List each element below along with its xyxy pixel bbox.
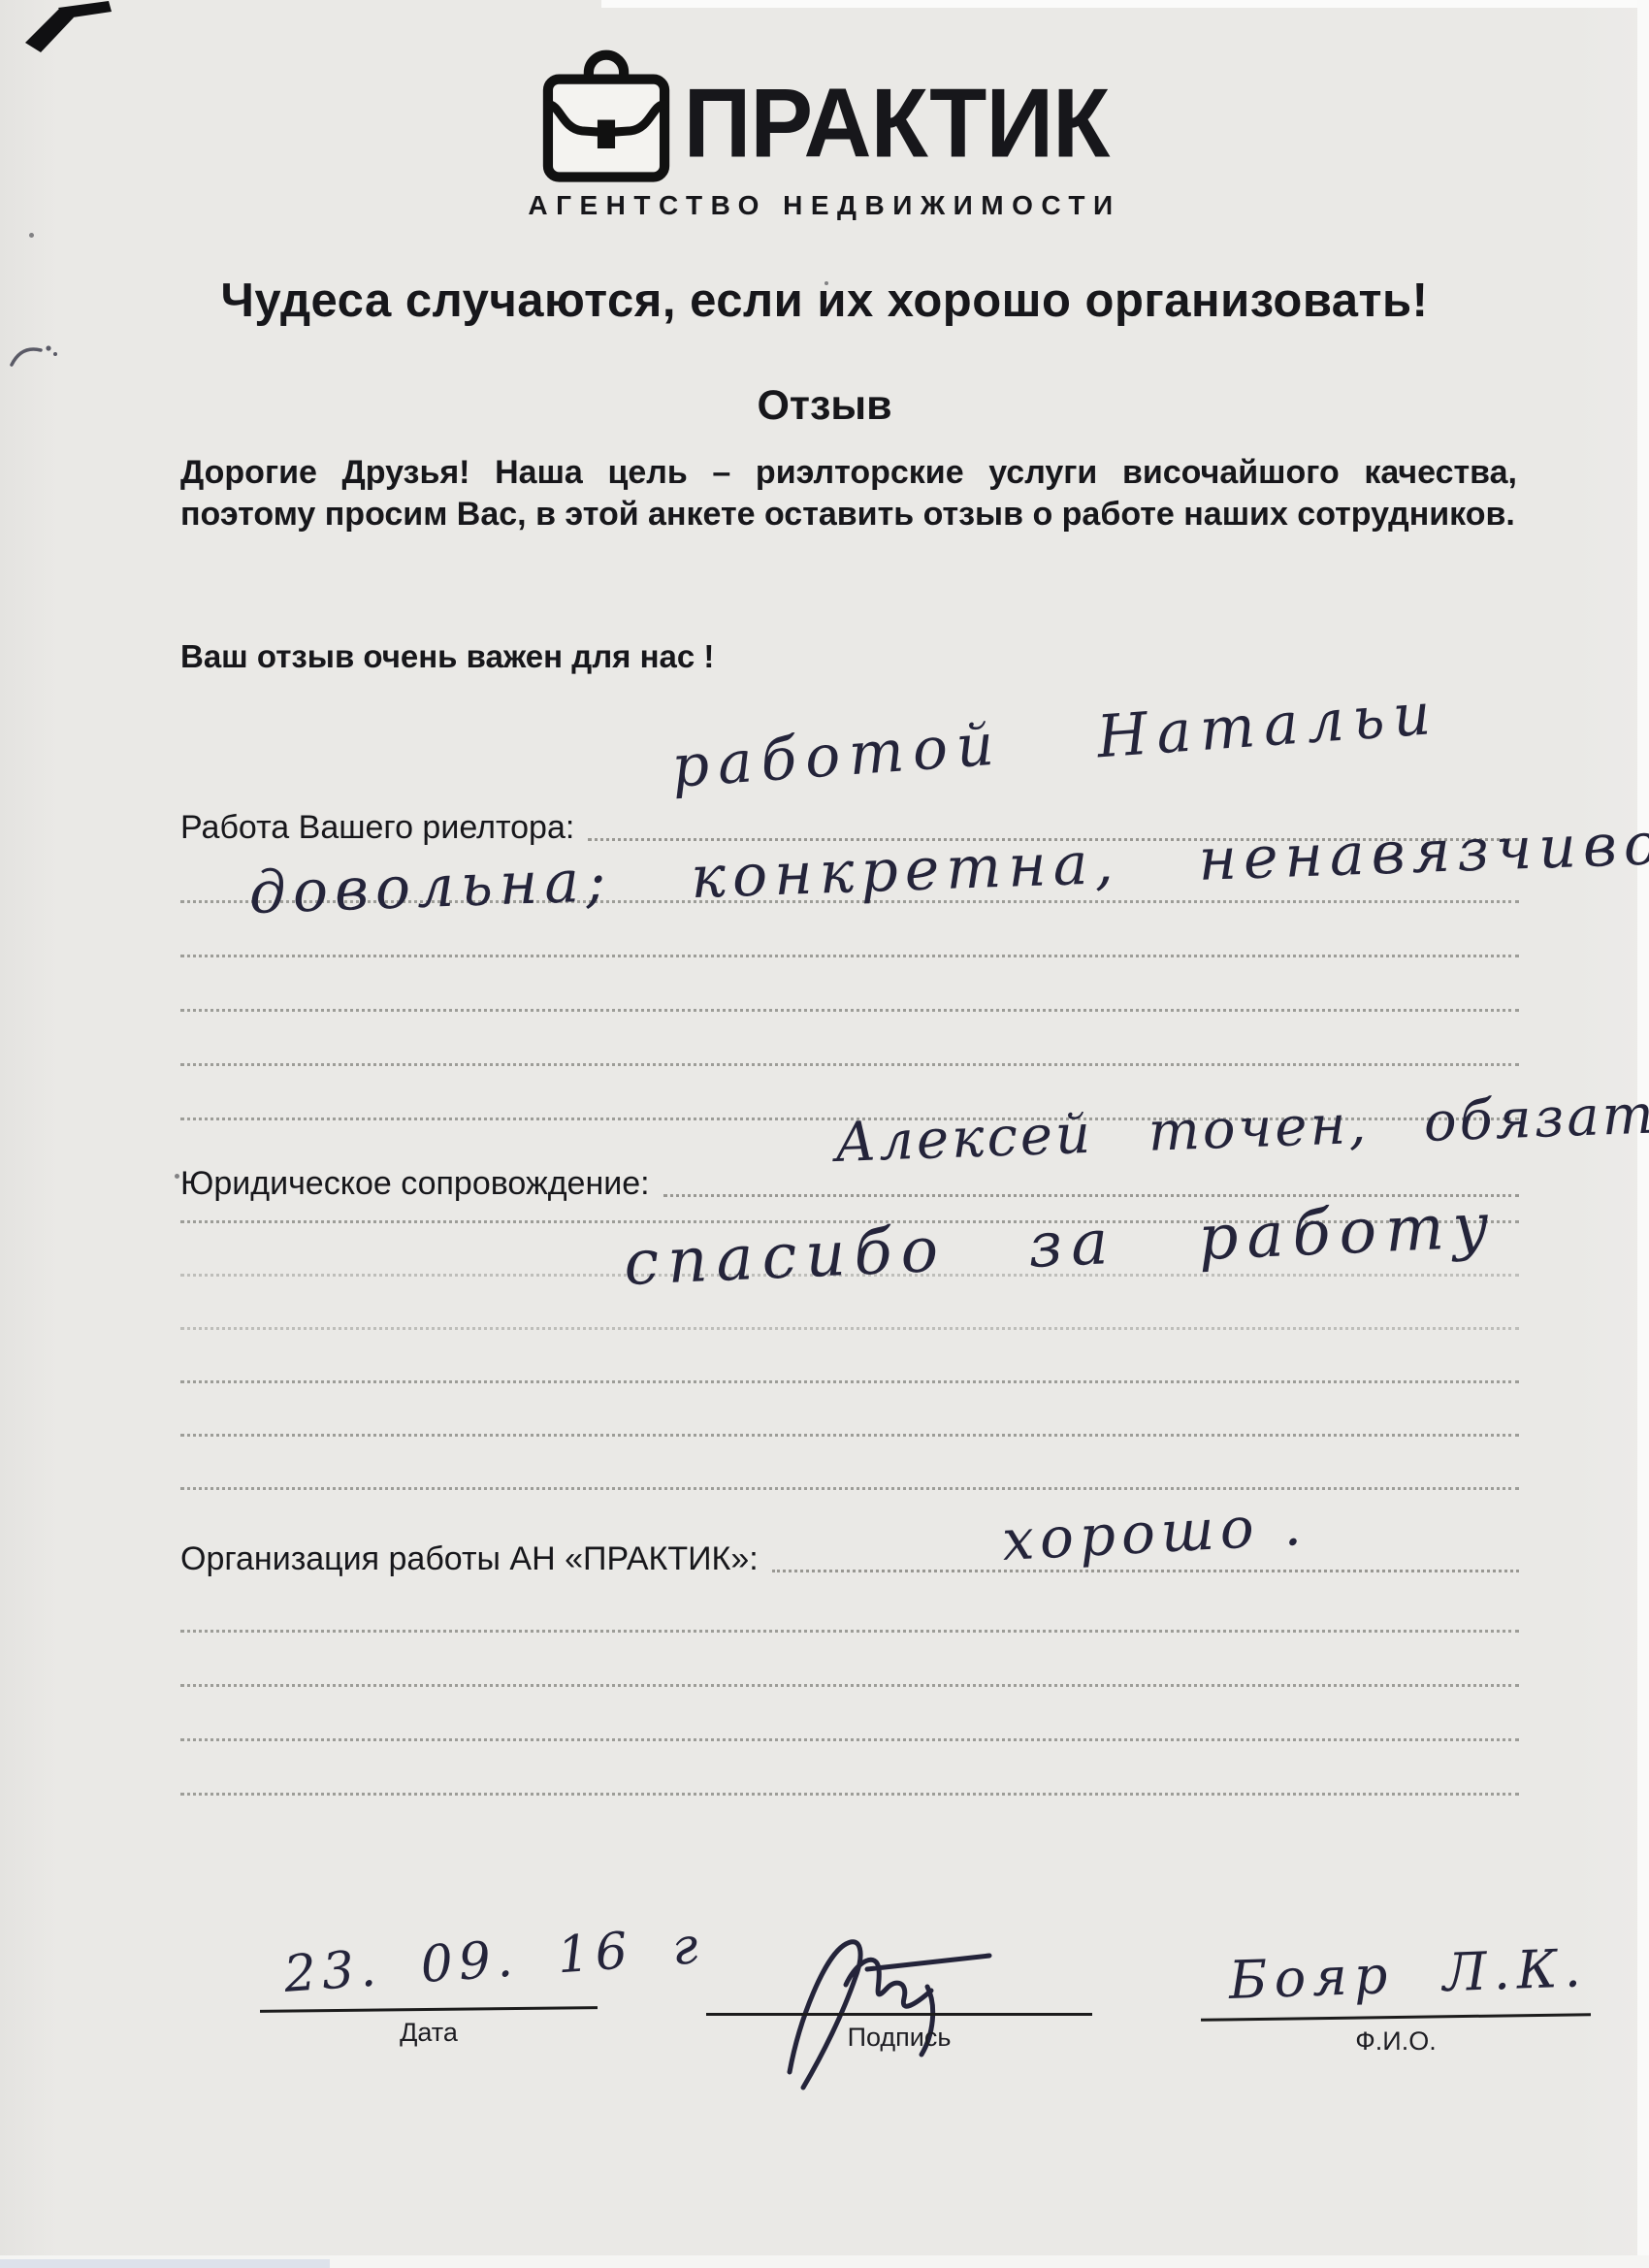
scan-speck [175,1174,179,1179]
scan-edge-top [601,0,1649,8]
scan-artifact-margin-squiggle [8,338,60,376]
dotted-write-line [180,1327,1519,1330]
field-organization-label-row: Организация работы АН «ПРАКТИК»: [180,1540,1519,1578]
handwritten-answer-realtor-line1: работой Натальи [669,680,1441,801]
intro-text: Дорогие Друзья! Наша цель – риэлторские … [180,452,1517,535]
dotted-write-line [180,1063,1519,1066]
date-signature-line [260,2006,598,2013]
headline: Чудеса случаются, если их хорошо организ… [87,274,1562,328]
dotted-write-line [180,1630,1519,1633]
dotted-write-line [180,1487,1519,1490]
handwritten-date: 23. 09. 16 г [282,1917,706,2004]
fio-label: Ф.И.О. [1201,2026,1591,2057]
scan-edge-bottom-tint [0,2259,330,2268]
scanned-feedback-form: ПРАКТИК АГЕНТСТВО НЕДВИЖИМОСТИ Чудеса сл… [0,0,1649,2268]
field-organization-label: Организация работы АН «ПРАКТИК»: [180,1540,759,1578]
handwritten-fio: Бояр Л.К. [1228,1937,1589,2011]
date-label: Дата [260,2018,598,2048]
briefcase-icon [540,45,672,186]
scan-speck [29,233,34,238]
fio-signature-line [1201,2013,1591,2022]
dotted-write-line [180,1009,1519,1012]
dotted-fill [772,1570,1519,1572]
dotted-write-line [180,1684,1519,1687]
field-realtor-label: Работа Вашего риелтора: [180,809,574,847]
dotted-write-line [180,1380,1519,1383]
brand-name: ПРАКТИК [684,74,1110,172]
agency-logo: ПРАКТИК АГЕНТСТВО НЕДВИЖИМОСТИ [0,45,1649,221]
dotted-write-line [180,1793,1519,1796]
dotted-write-line [180,1434,1519,1437]
note-text: Ваш отзыв очень важен для нас ! [180,638,714,675]
handwritten-answer-legal-line1: Алексей точен, обязателен [834,1078,1649,1175]
signature-flourish [729,1927,1050,2093]
dotted-write-line [180,1738,1519,1741]
handwritten-answer-legal-line2: спасибо за работу [623,1190,1500,1300]
brand-tagline: АГЕНТСТВО НЕДВИЖИМОСТИ [0,190,1649,221]
field-legal-label: Юридическое сопровождение: [180,1165,650,1203]
signature-line [706,2013,1092,2016]
dotted-write-line [180,955,1519,957]
signature-label: Подпись [706,2023,1092,2053]
form-title: Отзыв [0,382,1649,430]
